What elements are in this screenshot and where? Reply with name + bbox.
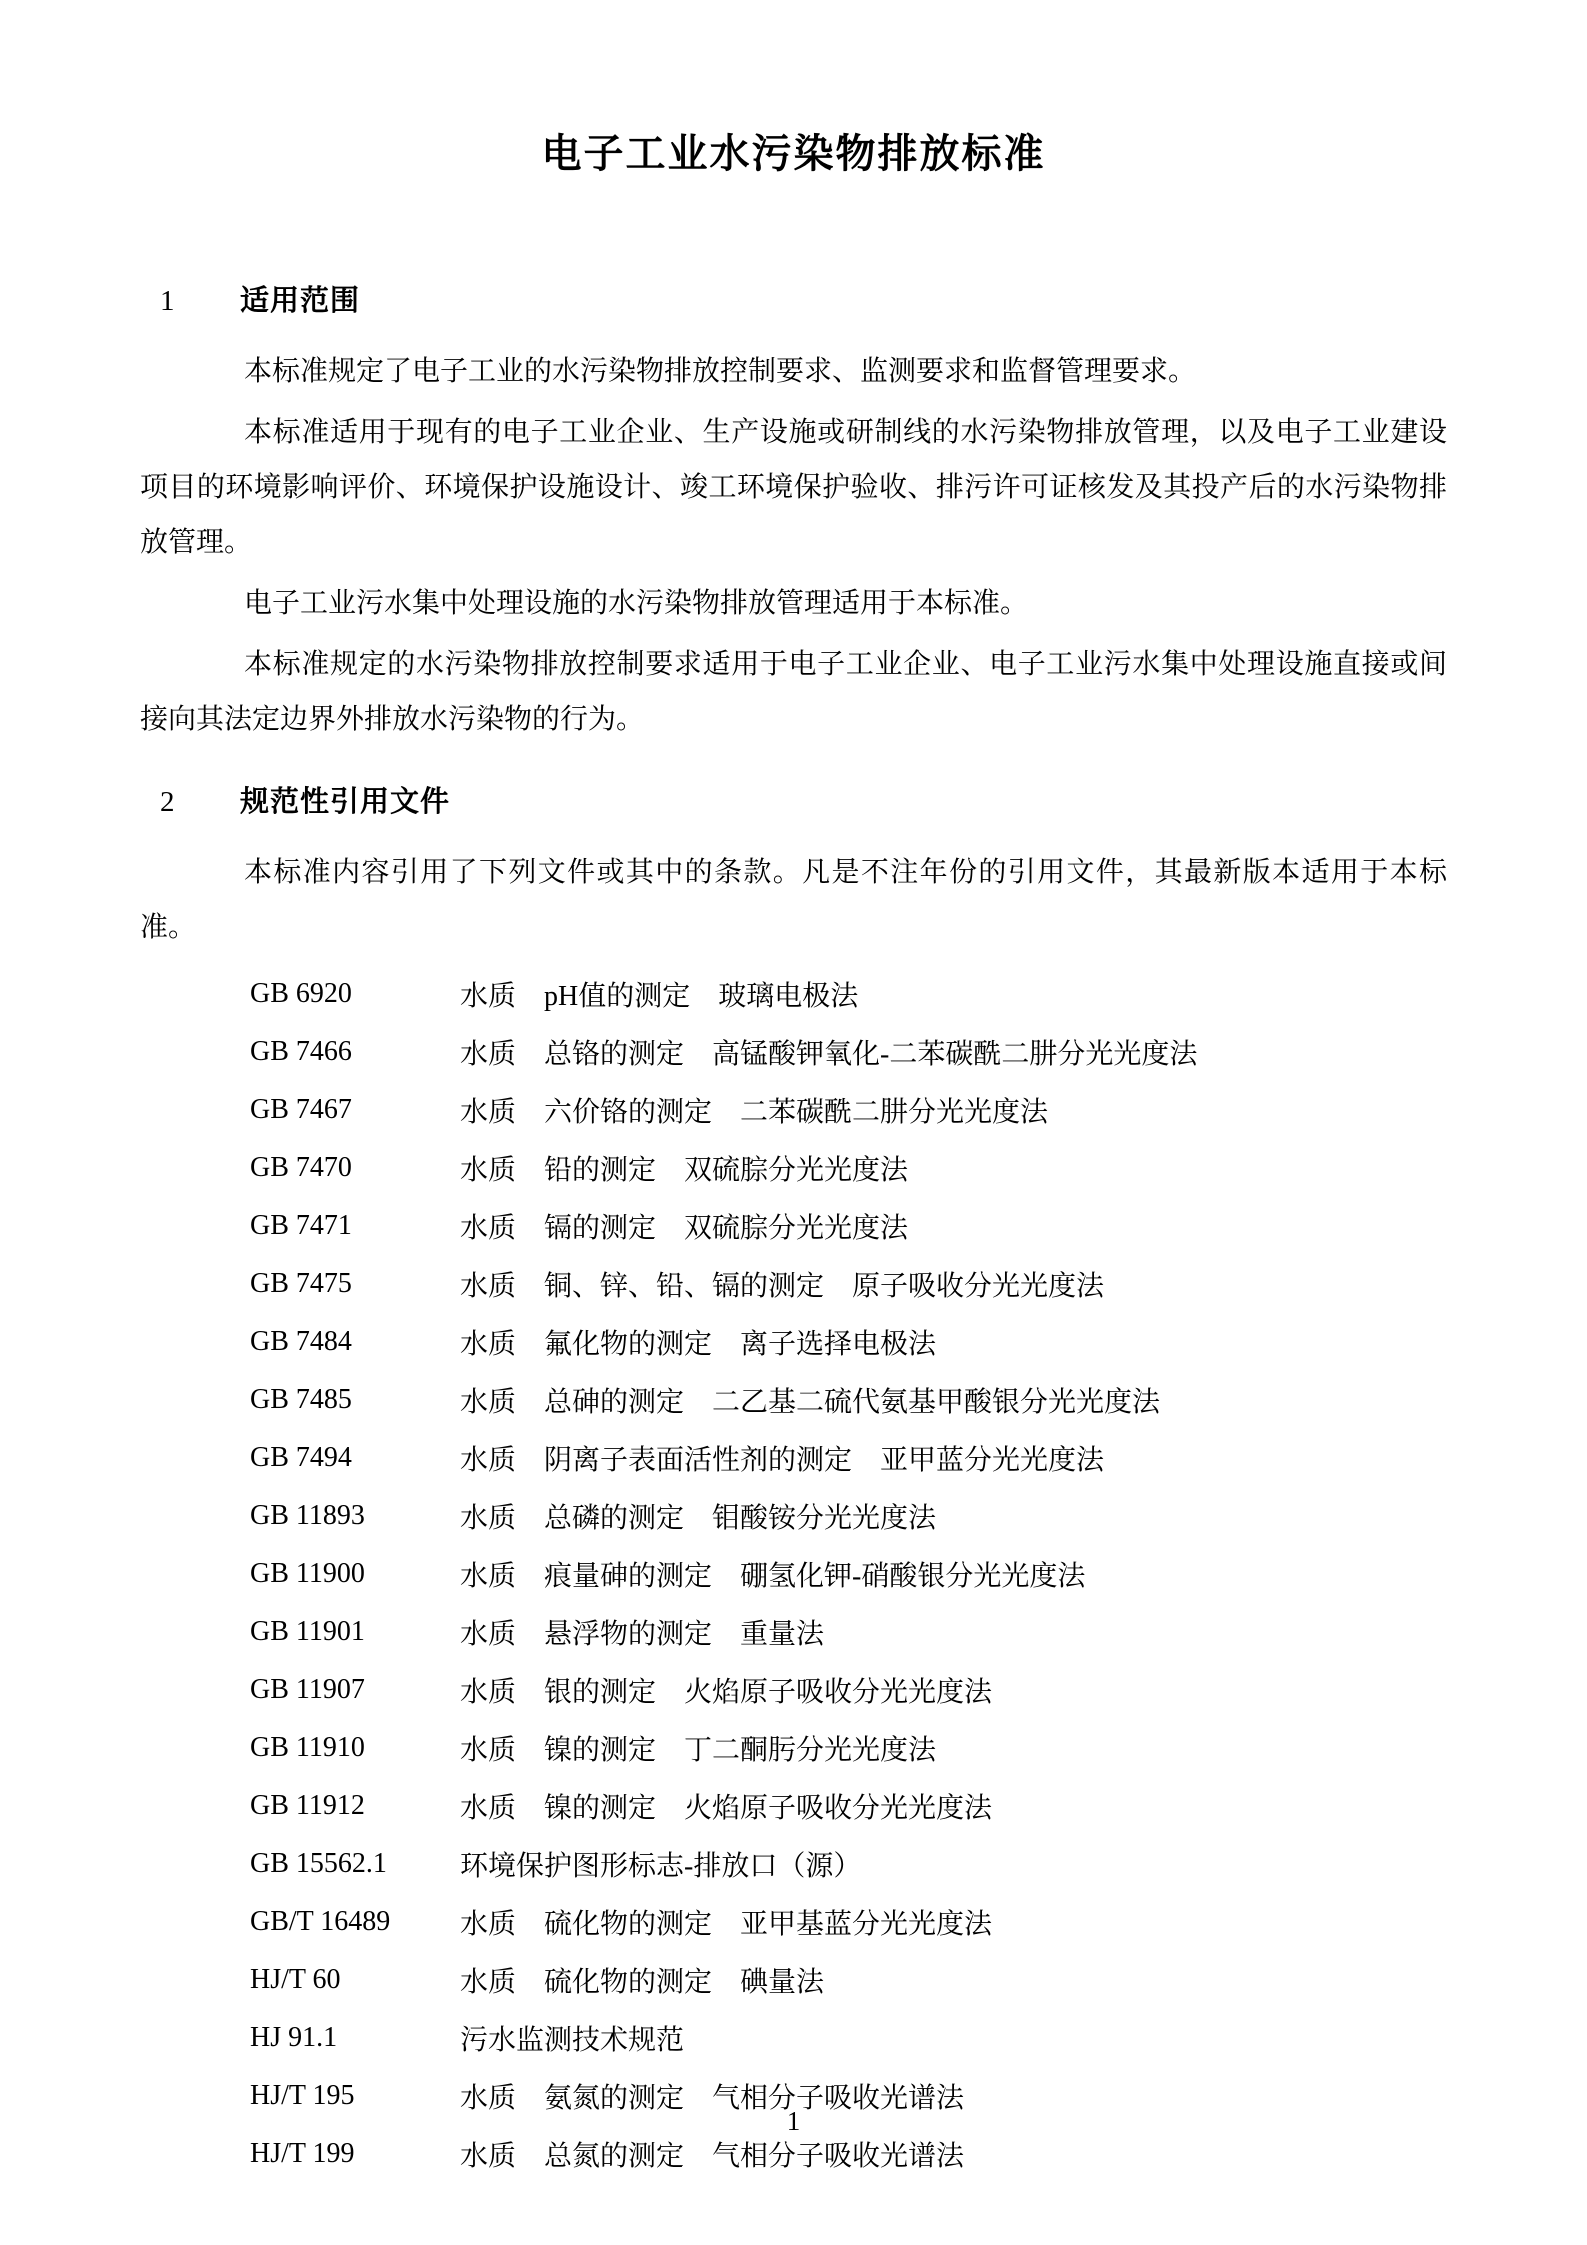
reference-code: GB 6920 xyxy=(250,978,460,1010)
section-1-number: 1 xyxy=(160,280,240,322)
reference-code: GB 11901 xyxy=(250,1616,460,1648)
section-2-title: 规范性引用文件 xyxy=(240,781,450,823)
reference-code: HJ/T 199 xyxy=(250,2138,460,2170)
section-1-paragraph: 本标准适用于现有的电子工业企业、生产设施或研制线的水污染物排放管理，以及电子工业… xyxy=(140,405,1447,570)
section-2-intro: 本标准内容引用了下列文件或其中的条款。凡是不注年份的引用文件，其最新版本适用于本… xyxy=(140,845,1447,955)
reference-row: GB 7471 水质 镉的测定 双硫腙分光光度法 xyxy=(140,1197,1447,1255)
reference-row: GB 7466 水质 总铬的测定 高锰酸钾氧化-二苯碳酰二肼分光光度法 xyxy=(140,1023,1447,1081)
reference-description: 水质 总砷的测定 二乙基二硫代氨基甲酸银分光光度法 xyxy=(460,1380,1160,1420)
reference-list: GB 6920 水质 pH值的测定 玻璃电极法 GB 7466 水质 总铬的测定… xyxy=(140,965,1447,2183)
reference-row: GB 7475 水质 铜、锌、铅、镉的测定 原子吸收分光光度法 xyxy=(140,1255,1447,1313)
reference-row: GB/T 16489 水质 硫化物的测定 亚甲基蓝分光光度法 xyxy=(140,1893,1447,1951)
reference-code: GB 7467 xyxy=(250,1094,460,1126)
reference-code: GB 7484 xyxy=(250,1326,460,1358)
reference-description: 水质 硫化物的测定 碘量法 xyxy=(460,1960,824,2000)
reference-row: GB 15562.1 环境保护图形标志-排放口（源） xyxy=(140,1835,1447,1893)
reference-description: 水质 悬浮物的测定 重量法 xyxy=(460,1612,824,1652)
section-1-heading: 1 适用范围 xyxy=(140,280,1447,322)
reference-description: 水质 铅的测定 双硫腙分光光度法 xyxy=(460,1148,908,1188)
reference-code: GB/T 16489 xyxy=(250,1906,460,1938)
reference-code: GB 7466 xyxy=(250,1036,460,1068)
reference-row: GB 11907 水质 银的测定 火焰原子吸收分光光度法 xyxy=(140,1661,1447,1719)
reference-code: GB 7475 xyxy=(250,1268,460,1300)
reference-code: GB 11910 xyxy=(250,1732,460,1764)
section-1-paragraph: 本标准规定的水污染物排放控制要求适用于电子工业企业、电子工业污水集中处理设施直接… xyxy=(140,637,1447,747)
reference-code: GB 15562.1 xyxy=(250,1848,460,1880)
reference-description: 水质 镍的测定 火焰原子吸收分光光度法 xyxy=(460,1786,992,1826)
reference-row: GB 11900 水质 痕量砷的测定 硼氢化钾-硝酸银分光光度法 xyxy=(140,1545,1447,1603)
reference-code: GB 7471 xyxy=(250,1210,460,1242)
reference-code: GB 7485 xyxy=(250,1384,460,1416)
reference-description: 水质 总氮的测定 气相分子吸收光谱法 xyxy=(460,2134,964,2174)
reference-description: 水质 pH值的测定 玻璃电极法 xyxy=(460,974,858,1014)
reference-row: HJ/T 60 水质 硫化物的测定 碘量法 xyxy=(140,1951,1447,2009)
reference-description: 水质 银的测定 火焰原子吸收分光光度法 xyxy=(460,1670,992,1710)
reference-description: 水质 镍的测定 丁二酮肟分光光度法 xyxy=(460,1728,936,1768)
reference-description: 水质 总铬的测定 高锰酸钾氧化-二苯碳酰二肼分光光度法 xyxy=(460,1032,1197,1072)
reference-row: GB 7467 水质 六价铬的测定 二苯碳酰二肼分光光度法 xyxy=(140,1081,1447,1139)
reference-row: GB 11901 水质 悬浮物的测定 重量法 xyxy=(140,1603,1447,1661)
reference-description: 水质 六价铬的测定 二苯碳酰二肼分光光度法 xyxy=(460,1090,1048,1130)
reference-description: 水质 阴离子表面活性剂的测定 亚甲蓝分光光度法 xyxy=(460,1438,1104,1478)
reference-description: 污水监测技术规范 xyxy=(460,2018,684,2058)
reference-description: 水质 铜、锌、铅、镉的测定 原子吸收分光光度法 xyxy=(460,1264,1104,1304)
reference-code: GB 11900 xyxy=(250,1558,460,1590)
reference-row: GB 7494 水质 阴离子表面活性剂的测定 亚甲蓝分光光度法 xyxy=(140,1429,1447,1487)
section-1-paragraph: 电子工业污水集中处理设施的水污染物排放管理适用于本标准。 xyxy=(140,576,1447,631)
reference-description: 水质 硫化物的测定 亚甲基蓝分光光度法 xyxy=(460,1902,992,1942)
section-2-number: 2 xyxy=(160,781,240,823)
section-1-title: 适用范围 xyxy=(240,280,360,322)
section-1-paragraph: 本标准规定了电子工业的水污染物排放控制要求、监测要求和监督管理要求。 xyxy=(140,344,1447,399)
section-2-heading: 2 规范性引用文件 xyxy=(140,781,1447,823)
reference-code: GB 11893 xyxy=(250,1500,460,1532)
reference-row: GB 7470 水质 铅的测定 双硫腙分光光度法 xyxy=(140,1139,1447,1197)
reference-description: 水质 镉的测定 双硫腙分光光度法 xyxy=(460,1206,908,1246)
reference-description: 环境保护图形标志-排放口（源） xyxy=(460,1844,861,1884)
page-number: 1 xyxy=(0,2106,1587,2137)
document-page: 电子工业水污染物排放标准 1 适用范围 本标准规定了电子工业的水污染物排放控制要… xyxy=(0,0,1587,2245)
reference-description: 水质 痕量砷的测定 硼氢化钾-硝酸银分光光度法 xyxy=(460,1554,1085,1594)
reference-code: GB 11912 xyxy=(250,1790,460,1822)
reference-code: GB 7470 xyxy=(250,1152,460,1184)
reference-row: GB 11910 水质 镍的测定 丁二酮肟分光光度法 xyxy=(140,1719,1447,1777)
reference-description: 水质 氟化物的测定 离子选择电极法 xyxy=(460,1322,936,1362)
reference-row: GB 7484 水质 氟化物的测定 离子选择电极法 xyxy=(140,1313,1447,1371)
reference-row: HJ 91.1 污水监测技术规范 xyxy=(140,2009,1447,2067)
reference-code: GB 7494 xyxy=(250,1442,460,1474)
reference-code: HJ/T 60 xyxy=(250,1964,460,1996)
reference-row: GB 11893 水质 总磷的测定 钼酸铵分光光度法 xyxy=(140,1487,1447,1545)
reference-row: GB 11912 水质 镍的测定 火焰原子吸收分光光度法 xyxy=(140,1777,1447,1835)
reference-description: 水质 总磷的测定 钼酸铵分光光度法 xyxy=(460,1496,936,1536)
reference-row: GB 6920 水质 pH值的测定 玻璃电极法 xyxy=(140,965,1447,1023)
reference-code: GB 11907 xyxy=(250,1674,460,1706)
reference-code: HJ 91.1 xyxy=(250,2022,460,2054)
reference-row: GB 7485 水质 总砷的测定 二乙基二硫代氨基甲酸银分光光度法 xyxy=(140,1371,1447,1429)
page-title: 电子工业水污染物排放标准 xyxy=(140,128,1447,180)
